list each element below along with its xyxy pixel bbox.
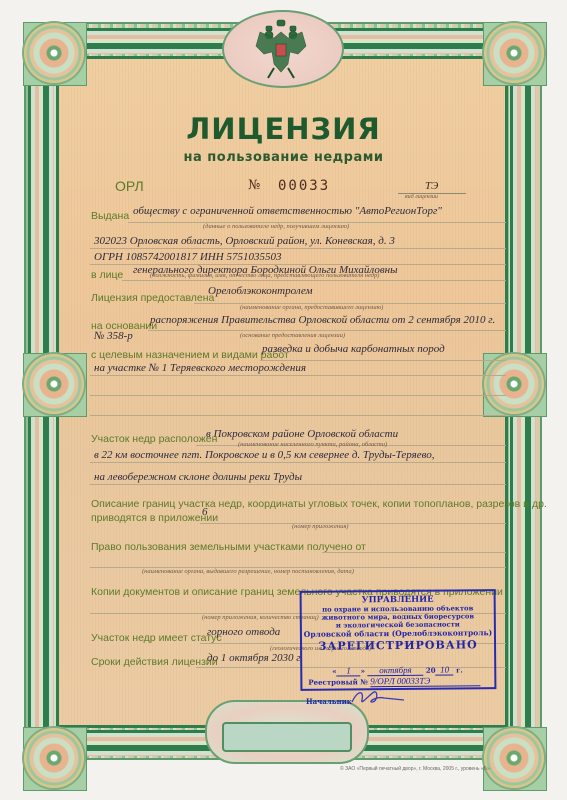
stamp-date-day: 1 bbox=[337, 665, 361, 676]
registration-stamp: УПРАВЛЕНИЕ по охране и использованию объ… bbox=[300, 589, 497, 691]
location-value: в Покровском районе Орловской области bbox=[206, 428, 398, 440]
stamp-date-year: 10 bbox=[436, 665, 454, 676]
rosette-ornament-icon bbox=[24, 728, 84, 788]
document-subtitle: на пользование недрами bbox=[0, 150, 567, 165]
field-line bbox=[122, 280, 506, 281]
license-sheet: ЛИЦЕНЗИЯ на пользование недрами ОРЛ № 00… bbox=[0, 0, 567, 800]
issued-to-label: Выдана bbox=[91, 210, 129, 222]
land-rights-hint: (наименование органа, выдавшего разрешен… bbox=[142, 568, 354, 575]
number-label: № bbox=[248, 178, 260, 193]
printer-imprint: © ЗАО «Первый печатный двор», г. Москва,… bbox=[340, 766, 490, 772]
location-value-continued: в 22 км восточнее пгт. Покровское и в 0,… bbox=[94, 449, 434, 461]
represented-by-label: в лице bbox=[91, 269, 123, 281]
granted-by-value: Орелоблэкоконтролем bbox=[208, 285, 313, 297]
license-type: ТЭ bbox=[425, 180, 438, 192]
rosette-ornament-icon bbox=[24, 354, 84, 414]
issued-to-value: обществу с ограниченной ответственностью… bbox=[133, 205, 442, 217]
basis-hint: (основание предоставления лицензии) bbox=[240, 332, 345, 339]
field-line bbox=[200, 523, 506, 524]
stamp-agency-region: Орловской области (Орелоблэкоконтроль) bbox=[302, 628, 494, 639]
field-line bbox=[148, 330, 506, 331]
license-type-hint: вид лицензии bbox=[405, 194, 438, 200]
validity-value: до 1 октября 2030 г. bbox=[207, 652, 303, 664]
field-line bbox=[90, 395, 506, 396]
signature-icon bbox=[348, 686, 408, 708]
represented-by-hint: (должность, фамилия, имя, отчество лица,… bbox=[150, 272, 379, 279]
double-headed-eagle-icon bbox=[254, 18, 308, 80]
boundaries-appendix-number: 6 bbox=[202, 506, 208, 518]
rosette-ornament-icon bbox=[484, 354, 544, 414]
stamp-date-month: октября bbox=[367, 665, 423, 676]
issued-to-address: 302023 Орловская область, Орловский райо… bbox=[94, 235, 395, 247]
rosette-ornament-icon bbox=[484, 23, 544, 83]
stamp-head-label: Начальник bbox=[306, 697, 352, 706]
boundaries-label: Описание границ участка недр, координаты… bbox=[91, 498, 547, 510]
basis-value-continued: № 358-р bbox=[94, 330, 133, 342]
stamp-date-year-prefix: 20 bbox=[426, 666, 436, 675]
stamp-date-suffix: г. bbox=[456, 665, 463, 674]
granted-by-hint: (наименование органа, предоставившего ли… bbox=[240, 304, 383, 311]
location-hint: (наименование населенного пункта, района… bbox=[238, 441, 387, 448]
purpose-value-continued: на участке № 1 Теряевского месторождения bbox=[94, 362, 306, 374]
rosette-ornament-icon bbox=[24, 23, 84, 83]
field-line bbox=[90, 248, 506, 249]
field-line bbox=[90, 415, 506, 416]
field-line bbox=[90, 462, 506, 463]
rosette-ornament-icon bbox=[484, 728, 544, 788]
status-value: горного отвода bbox=[207, 626, 280, 638]
location-label: Участок недр расположен bbox=[91, 433, 217, 445]
stamp-registered: ЗАРЕГИСТРИРОВАНО bbox=[302, 638, 494, 653]
issued-to-hint: (данные о пользователе недр, получившем … bbox=[203, 223, 349, 230]
cartouche-panel bbox=[222, 722, 352, 752]
field-line bbox=[90, 375, 506, 376]
document-title: ЛИЦЕНЗИЯ bbox=[0, 112, 567, 146]
license-number: 00033 bbox=[278, 178, 330, 194]
field-line bbox=[90, 484, 506, 485]
purpose-value: разведка и добыча карбонатных пород bbox=[262, 343, 445, 355]
field-line bbox=[322, 552, 506, 553]
field-line bbox=[260, 360, 506, 361]
boundaries-hint: (номер приложения) bbox=[292, 523, 349, 530]
boundaries-label-2: приводятся в приложении bbox=[91, 512, 218, 524]
issued-to-ids: ОГРН 1085742001817 ИНН 5751035503 bbox=[94, 251, 281, 263]
basis-value: распоряжения Правительства Орловской обл… bbox=[150, 314, 495, 326]
series-prefix: ОРЛ bbox=[115, 178, 144, 194]
location-value-continued-2: на левобережном склоне долины реки Труды bbox=[94, 471, 302, 483]
